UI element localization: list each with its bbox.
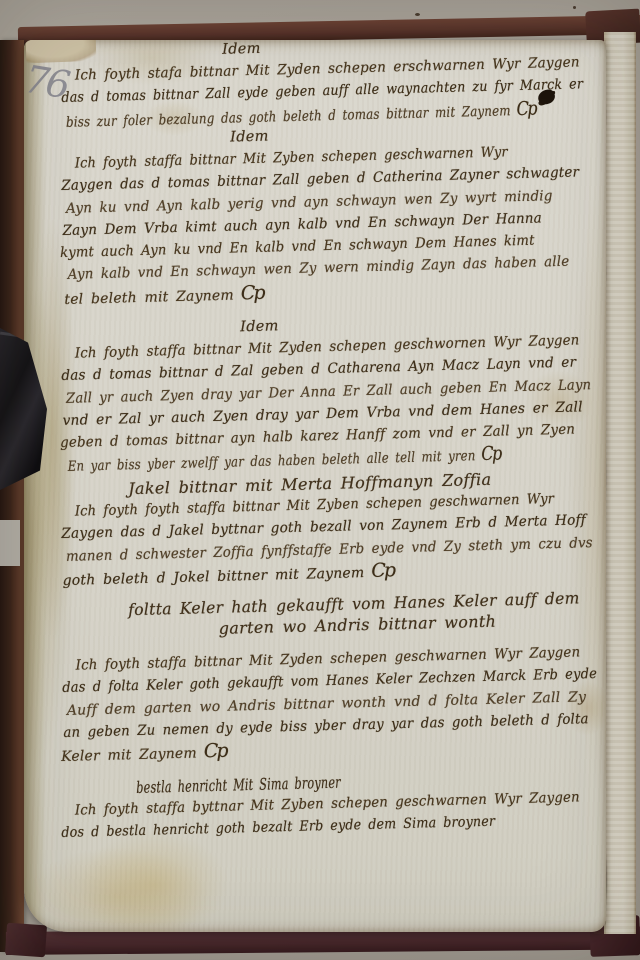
fore-edge-pages [604,32,636,934]
dust-speck [415,13,420,16]
entry-section: Jakel bittnar mit Merta Hoffmanyn Zoffia… [60,466,591,590]
book-cover-left-edge [0,40,24,952]
background-gap [0,520,20,566]
entry-section: Idem Ich foyth staffa bittnar Mit Zyben … [60,118,592,309]
section-body: Ich foyth staffa bittnar Mit Zyben schep… [61,139,593,309]
gutter-shadow [24,40,46,932]
section-body: Ich foyth foyth staffa bittnar Mit Zyben… [61,487,591,590]
entry-section: foltta Keler hath gekaufft vom Hanes Kel… [60,587,592,766]
section-body: Ich foyth staffa bittnar Mit Zyden schep… [61,329,592,477]
dust-speck [573,6,576,9]
entry-section: bestla henricht Mit Sima broyner Ich foy… [60,765,590,844]
manuscript-page: 76 Idem Ich foyth stafa bittnar Mit Zyde… [24,40,606,932]
end-flourish: Cp [204,740,227,763]
entry-section: Idem Ich foyth stafa bittnar Mit Zyden s… [60,40,590,132]
section-body: Ich foyth staffa bittnar Mit Zyden schep… [61,641,592,766]
entry-section: Idem Ich foyth staffa bittnar Mit Zyden … [60,308,592,477]
end-flourish: Cp [516,97,536,119]
end-flourish: Cp [481,443,501,465]
end-flourish: Cp [241,282,264,305]
manuscript-photo: 76 Idem Ich foyth stafa bittnar Mit Zyde… [0,0,640,960]
manuscript-text-block: Idem Ich foyth stafa bittnar Mit Zyden s… [60,40,588,920]
end-flourish: Cp [371,559,394,582]
